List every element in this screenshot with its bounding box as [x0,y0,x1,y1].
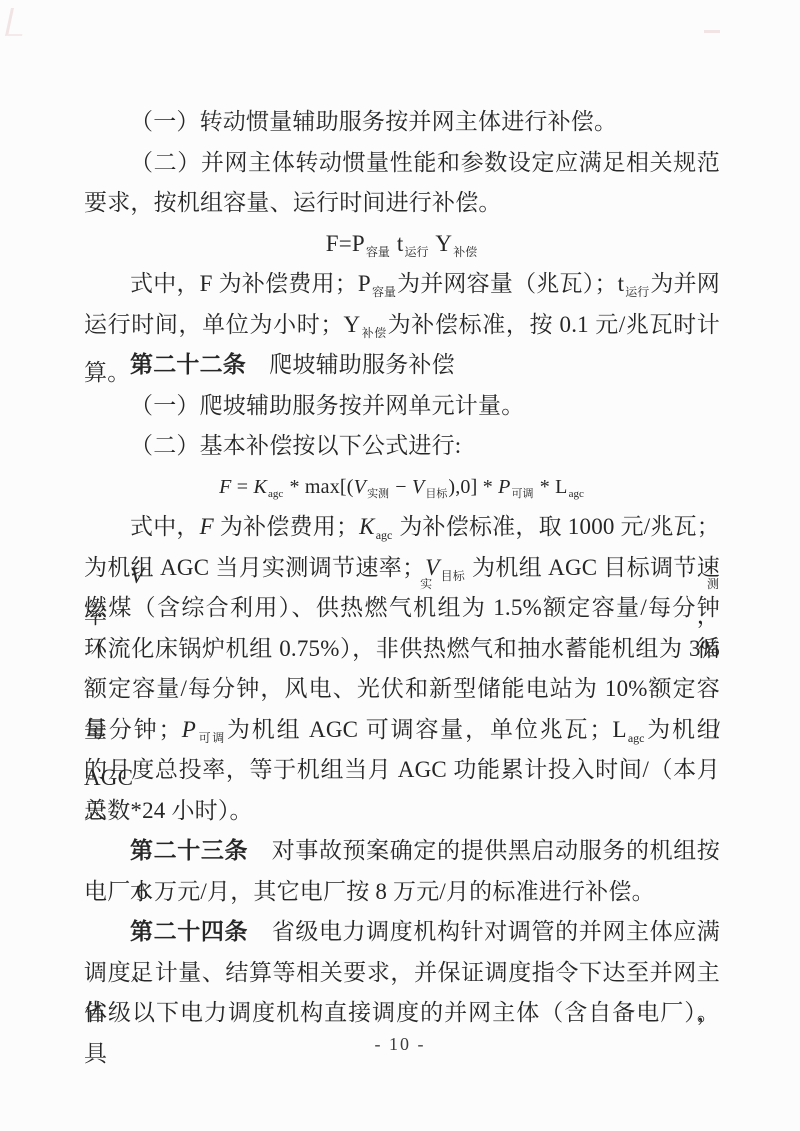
text-run: （二）基本补偿按以下公式进行: [130,433,461,458]
text-run: 为并网 [650,271,720,296]
para-item-1: （一）转动惯量辅助服务按并网主体进行补偿。 [84,102,720,143]
text-run: 式中，F 为补偿费用；P [130,271,371,296]
text-run: 为并网容量（兆瓦）；t [397,271,624,296]
subscript-run: 运行 [404,245,428,259]
text-run: 每分钟； [84,717,182,742]
text-run: F=P [326,231,365,256]
formula-2-explanation-cont: 燃煤（含综合利用）、供热燃气机组为 1.5%额定容量/每分钟（循 [84,588,720,629]
formula-inertia-compensation: F=P容量 t运行 Y补偿 [84,224,720,265]
document-body: （一）转动惯量辅助服务按并网主体进行补偿。（二）并网主体转动惯量性能和参数设定应… [84,102,720,1034]
para-item-2-cont: 要求，按机组容量、运行时间进行补偿。 [84,183,720,224]
text-run: t [391,231,404,256]
italic-run: K [253,476,267,498]
article-23-heading: 第二十三条 对事故预案确定的提供黑启动服务的机组按水 [84,831,720,872]
para-item-2b: （二）基本补偿按以下公式进行: [84,426,720,467]
italic-run: P [498,476,510,498]
formula-1-explanation-cont: 运行时间，单位为小时；Y补偿为补偿标准，按 0.1 元/兆瓦时计算。 [84,305,720,346]
para-item-1b: （一）爬坡辅助服务按并网单元计量。 [84,386,720,427]
text-run: 要求，按机组容量、运行时间进行补偿。 [84,190,502,215]
text-run: （一）爬坡辅助服务按并网单元计量。 [130,393,524,418]
formula-2-explanation-cont: 每分钟；P可调为机组 AGC 可调容量，单位兆瓦；Lagc为机组 AGC [84,710,720,751]
article-24-body-cont: 省级以下电力调度机构直接调度的并网主体（含自备电厂），具 [84,993,720,1034]
subscript-run: 补偿 [361,326,386,340]
page-number: - 10 - [0,1034,800,1055]
text-run: 为补偿费用； [214,514,359,539]
text-run: ),0] * [448,476,498,498]
text-run: （一）转动惯量辅助服务按并网主体进行补偿。 [130,109,617,134]
bold-run: 第二十四条 [130,919,248,944]
formula-agc-compensation: F = Kagc * max[(V实测 − V目标),0] * P可调 * La… [84,467,720,508]
text-run: （二）并网主体转动惯量性能和参数设定应满足相关规范 [130,150,720,175]
subscript-run: agc [569,488,584,500]
article-24-heading: 第二十四条 省级电力调度机构针对调管的并网主体应满足 [84,912,720,953]
text-run: − [390,476,412,498]
subscript-run: 目标 [441,569,465,583]
article-23-body: 电厂 6 万元/月，其它电厂按 8 万元/月的标准进行补偿。 [84,872,720,913]
italic-run: V [354,476,366,498]
formula-2-explanation-cont: 环流化床锅炉机组 0.75%），非供热燃气和抽水蓄能机组为 3% [84,629,720,670]
subscript-run: 可调 [197,731,226,745]
subscript-run: 补偿 [453,245,477,259]
text-run: 电厂 6 万元/月，其它电厂按 8 万元/月的标准进行补偿。 [84,879,655,904]
text-run: 省级以下电力调度机构直接调度的并网主体（含自备电厂），具 [84,1000,720,1066]
article-24-body: 调度、计量、结算等相关要求，并保证调度指令下达至并网主体。 [84,953,720,994]
formula-1-explanation: 式中，F 为补偿费用；P容量为并网容量（兆瓦）；t运行为并网 [84,264,720,305]
subscript-run: 容量 [372,285,396,299]
subscript-run: agc [268,488,283,500]
text-run: 为机组 AGC 可调容量，单位兆瓦；L [227,717,627,742]
italic-run: F [219,476,231,498]
italic-run: F [200,514,214,539]
text-run: * L [535,476,568,498]
subscript-run: 目标 [425,488,447,500]
scan-artifact-right [704,30,720,33]
formula-2-explanation-cont: 额定容量/每分钟，风电、光伏和新型储能电站为 10%额定容量/ [84,669,720,710]
scan-artifact-left [5,8,28,36]
formula-2-explanation-cont: 为机组 AGC 当月实测调节速率；V目标 为机组 AGC 目标调节速率， [84,548,720,589]
article-22-heading: 第二十二条 爬坡辅助服务补偿 [84,345,720,386]
text-run: 为补偿标准，取 1000 元/兆瓦； [393,514,720,539]
subscript-run: agc [628,731,645,745]
bold-run: 第二十二条 [130,352,246,377]
text-run: 运行时间，单位为小时；Y [84,312,360,337]
text-run: 为机组 AGC 当月实测调节速率； [84,555,425,580]
subscript-run: 容量 [366,245,390,259]
text-run: * max[( [284,476,353,498]
formula-2-explanation-cont: 的月度总投率，等于机组当月 AGC 功能累计投入时间/（本月总 [84,750,720,791]
formula-2-explanation-end: 天数*24 小时）。 [84,791,720,832]
italic-run: K [359,514,375,539]
document-page: （一）转动惯量辅助服务按并网主体进行补偿。（二）并网主体转动惯量性能和参数设定应… [0,0,800,1131]
text-run: 环流化床锅炉机组 0.75%），非供热燃气和抽水蓄能机组为 3% [84,636,720,661]
bold-run: 第二十三条 [130,838,248,863]
text-run: Y [429,231,452,256]
italic-run: P [182,717,196,742]
italic-run: V [412,476,424,498]
text-run: = [232,476,254,498]
subscript-run: agc [376,528,393,542]
subscript-run: 实测 [367,488,389,500]
text-run: 式中， [130,514,200,539]
text-run: 天数*24 小时）。 [84,798,253,823]
text-run: 爬坡辅助服务补偿 [246,352,455,377]
para-item-2: （二）并网主体转动惯量性能和参数设定应满足相关规范 [84,143,720,184]
subscript-run: 可调 [512,488,534,500]
formula-2-explanation: 式中，F 为补偿费用；Kagc 为补偿标准，取 1000 元/兆瓦；V实测 [84,507,720,548]
subscript-run: 运行 [625,285,649,299]
italic-run: V [425,555,439,580]
